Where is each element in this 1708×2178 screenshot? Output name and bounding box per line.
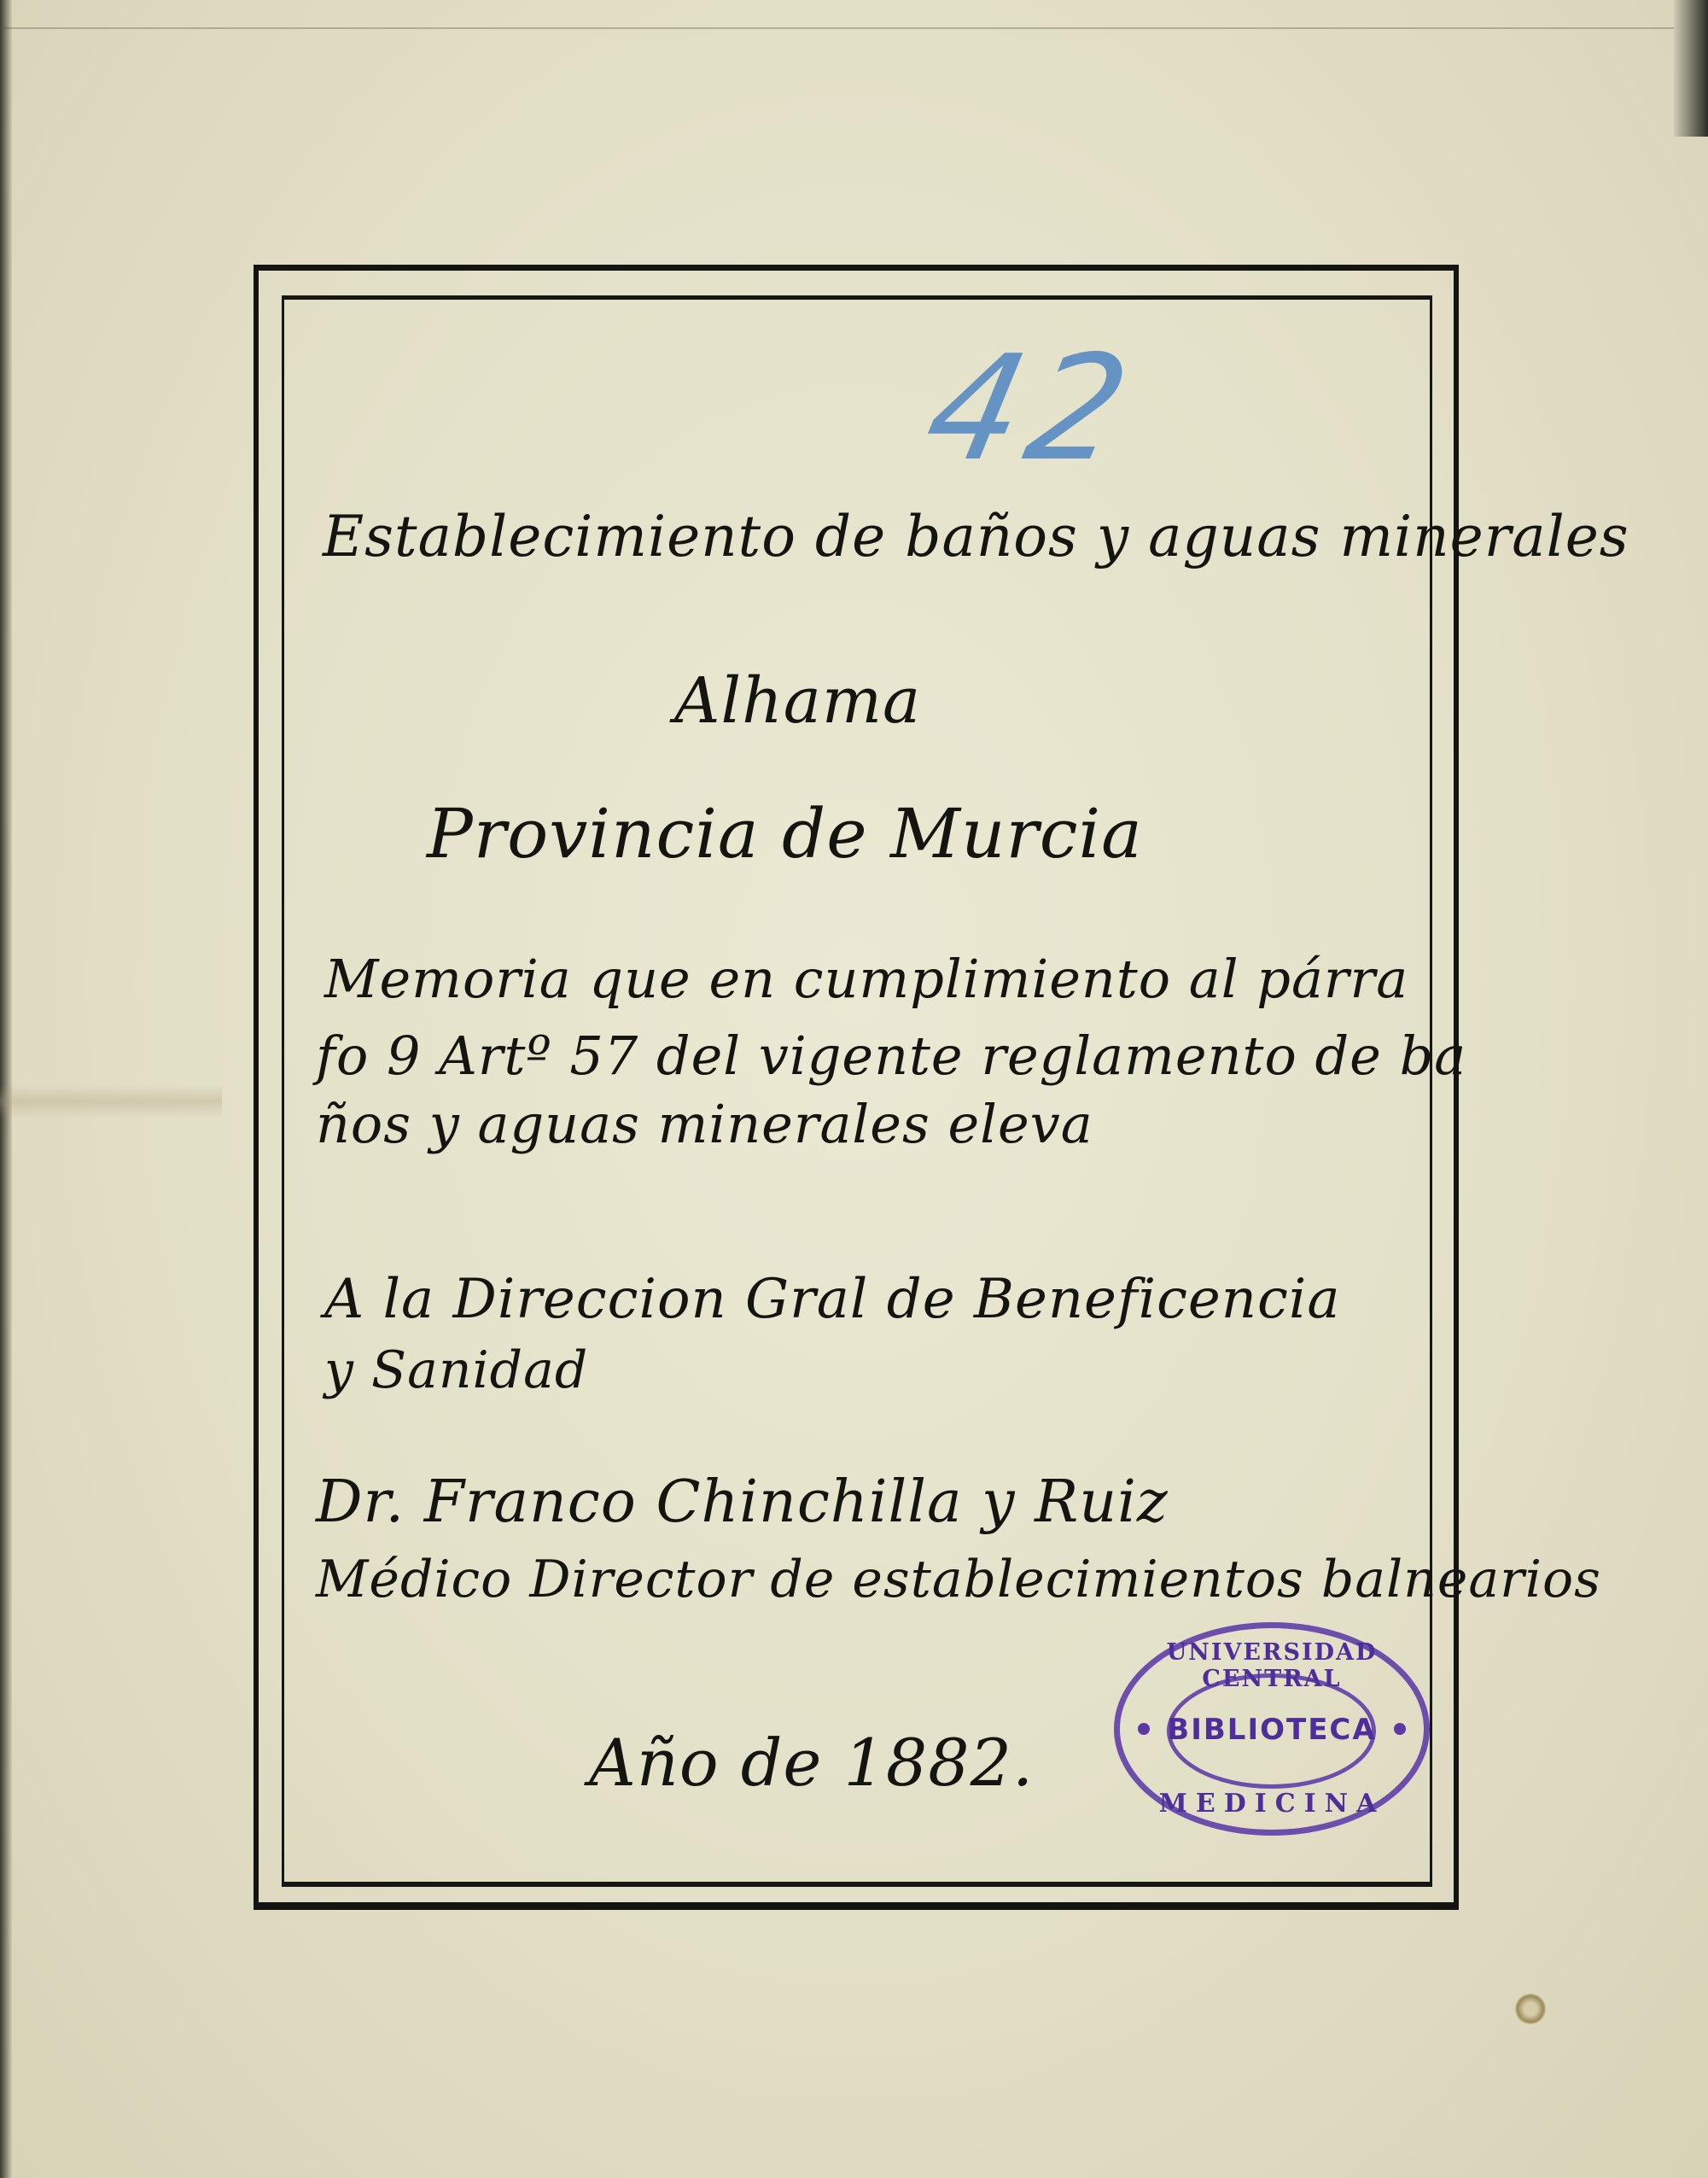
paper-fold (0, 1084, 222, 1118)
year-line: Año de 1882. (589, 1725, 1034, 1801)
stamp-bottom-text: MEDICINA (1114, 1789, 1430, 1819)
stamp-dot-left-icon (1138, 1723, 1150, 1735)
paper-crease (0, 27, 1708, 29)
memoria-line-1: Memoria que en cumplimiento al párra (324, 948, 1408, 1010)
page-corner (1674, 0, 1708, 137)
addressee-line-1: A la Direccion Gral de Beneficencia (324, 1268, 1340, 1331)
addressee-line-2: y Sanidad (324, 1340, 588, 1400)
author-name: Dr. Franco Chinchilla y Ruiz (316, 1469, 1169, 1536)
place-name: Alhama (674, 664, 921, 738)
stamp-top-text: UNIVERSIDAD CENTRAL (1114, 1639, 1430, 1692)
folio-number: 42 (912, 324, 1150, 493)
memoria-line-3: ños y aguas minerales eleva (316, 1093, 1093, 1155)
stamp-center-text: BIBLIOTECA (1114, 1713, 1430, 1747)
stamp-dot-right-icon (1394, 1723, 1406, 1735)
province-name: Provincia de Murcia (427, 794, 1143, 873)
paper-stain (1515, 1994, 1546, 2024)
memoria-line-2: fo 9 Artº 57 del vigente reglamento de b… (316, 1025, 1466, 1087)
library-stamp: UNIVERSIDAD CENTRAL BIBLIOTECA MEDICINA (1114, 1622, 1430, 1836)
establishment-heading: Establecimiento de baños y aguas mineral… (323, 504, 1629, 569)
author-title: Médico Director de establecimientos baln… (316, 1550, 1601, 1609)
